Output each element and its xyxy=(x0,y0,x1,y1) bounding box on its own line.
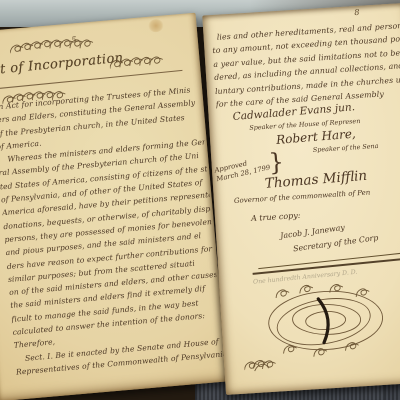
ornamental-scribble-icon xyxy=(257,278,396,360)
right-page-body: lies and other hereditaments, real and p… xyxy=(211,19,400,115)
approval-note: ApprovedMarch 28, 1799 xyxy=(214,155,271,184)
small-flourish-icon xyxy=(244,354,279,378)
left-page-body: An Act for incorporating the Trustees of… xyxy=(0,83,226,398)
true-copy-label: A true copy: xyxy=(251,211,301,223)
approval-bracket: } xyxy=(268,148,285,177)
manuscript-photo: 5 Act of Incorporation An Act for incorp… xyxy=(0,0,400,400)
signature-governor-title: Governor of the commonwealth of Pen xyxy=(234,188,371,205)
signature-speaker-senate-title: Speaker of the Sena xyxy=(313,142,379,154)
right-page-number: 8 xyxy=(354,8,360,17)
paper-stain xyxy=(148,19,164,33)
left-page: 5 Act of Incorporation An Act for incorp… xyxy=(0,13,228,400)
right-page: 8 lies and other hereditaments, real and… xyxy=(202,3,400,395)
